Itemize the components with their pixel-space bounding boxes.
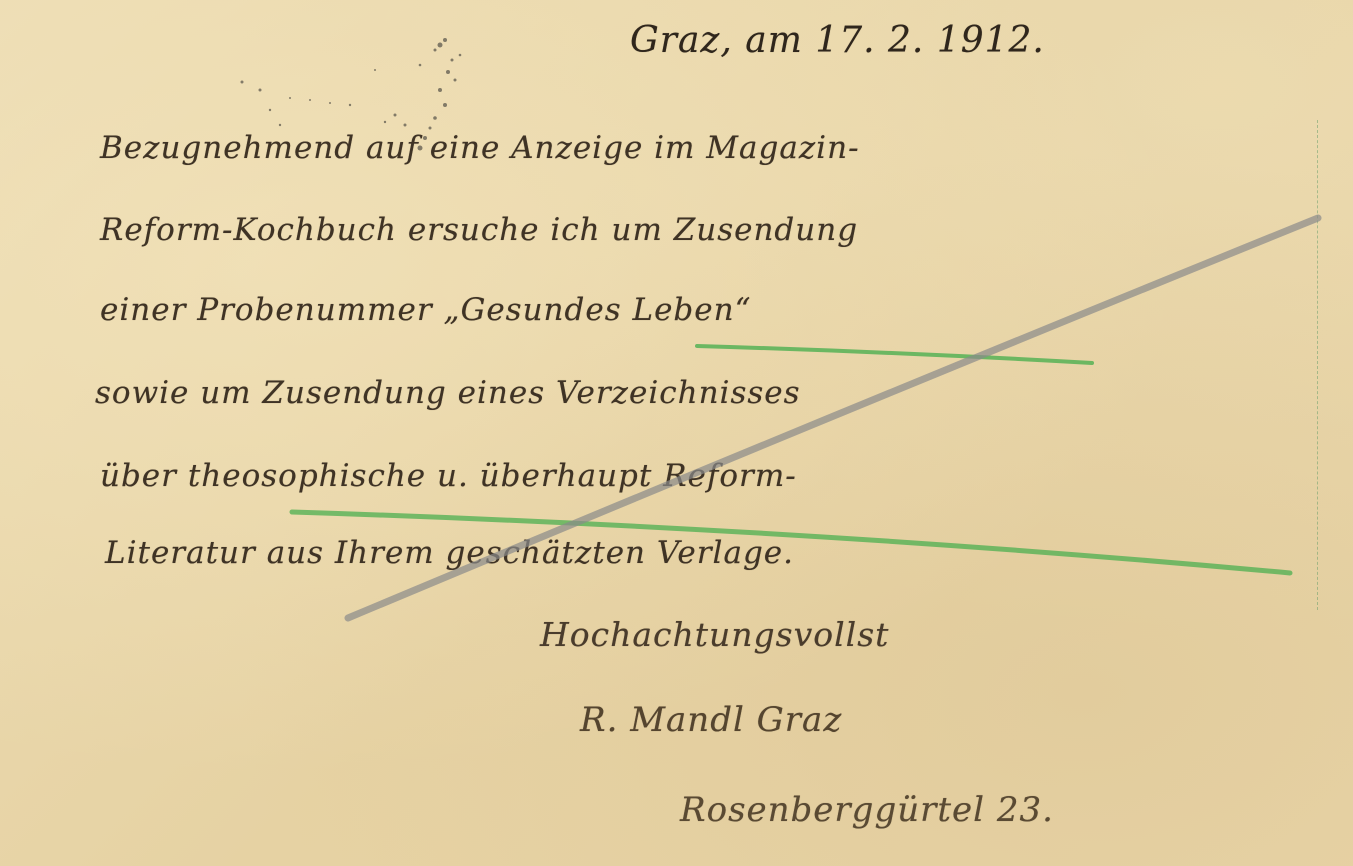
perforation-guide-line	[1317, 120, 1318, 610]
body-line-2: Reform-Kochbuch ersuche ich um Zusendung	[100, 212, 858, 248]
closing-salutation: Hochachtungsvollst	[540, 615, 889, 654]
signature: R. Mandl Graz	[580, 700, 842, 740]
body-line-3: einer Probenummer „Gesundes Leben“	[100, 292, 751, 328]
date-line: Graz, am 17. 2. 1912.	[630, 20, 1045, 61]
body-line-1: Bezugnehmend auf eine Anzeige im Magazin…	[100, 130, 860, 166]
green-underline-title	[697, 346, 1092, 363]
postcard: Graz, am 17. 2. 1912. Bezugnehmend auf e…	[0, 0, 1353, 866]
body-line-6: Literatur aus Ihrem geschätzten Verlage.	[105, 535, 794, 571]
sender-address: Rosenberggürtel 23.	[680, 790, 1054, 830]
body-line-5: über theosophische u. überhaupt Reform-	[100, 458, 797, 494]
body-line-4: sowie um Zusendung eines Verzeichnisses	[95, 375, 801, 411]
